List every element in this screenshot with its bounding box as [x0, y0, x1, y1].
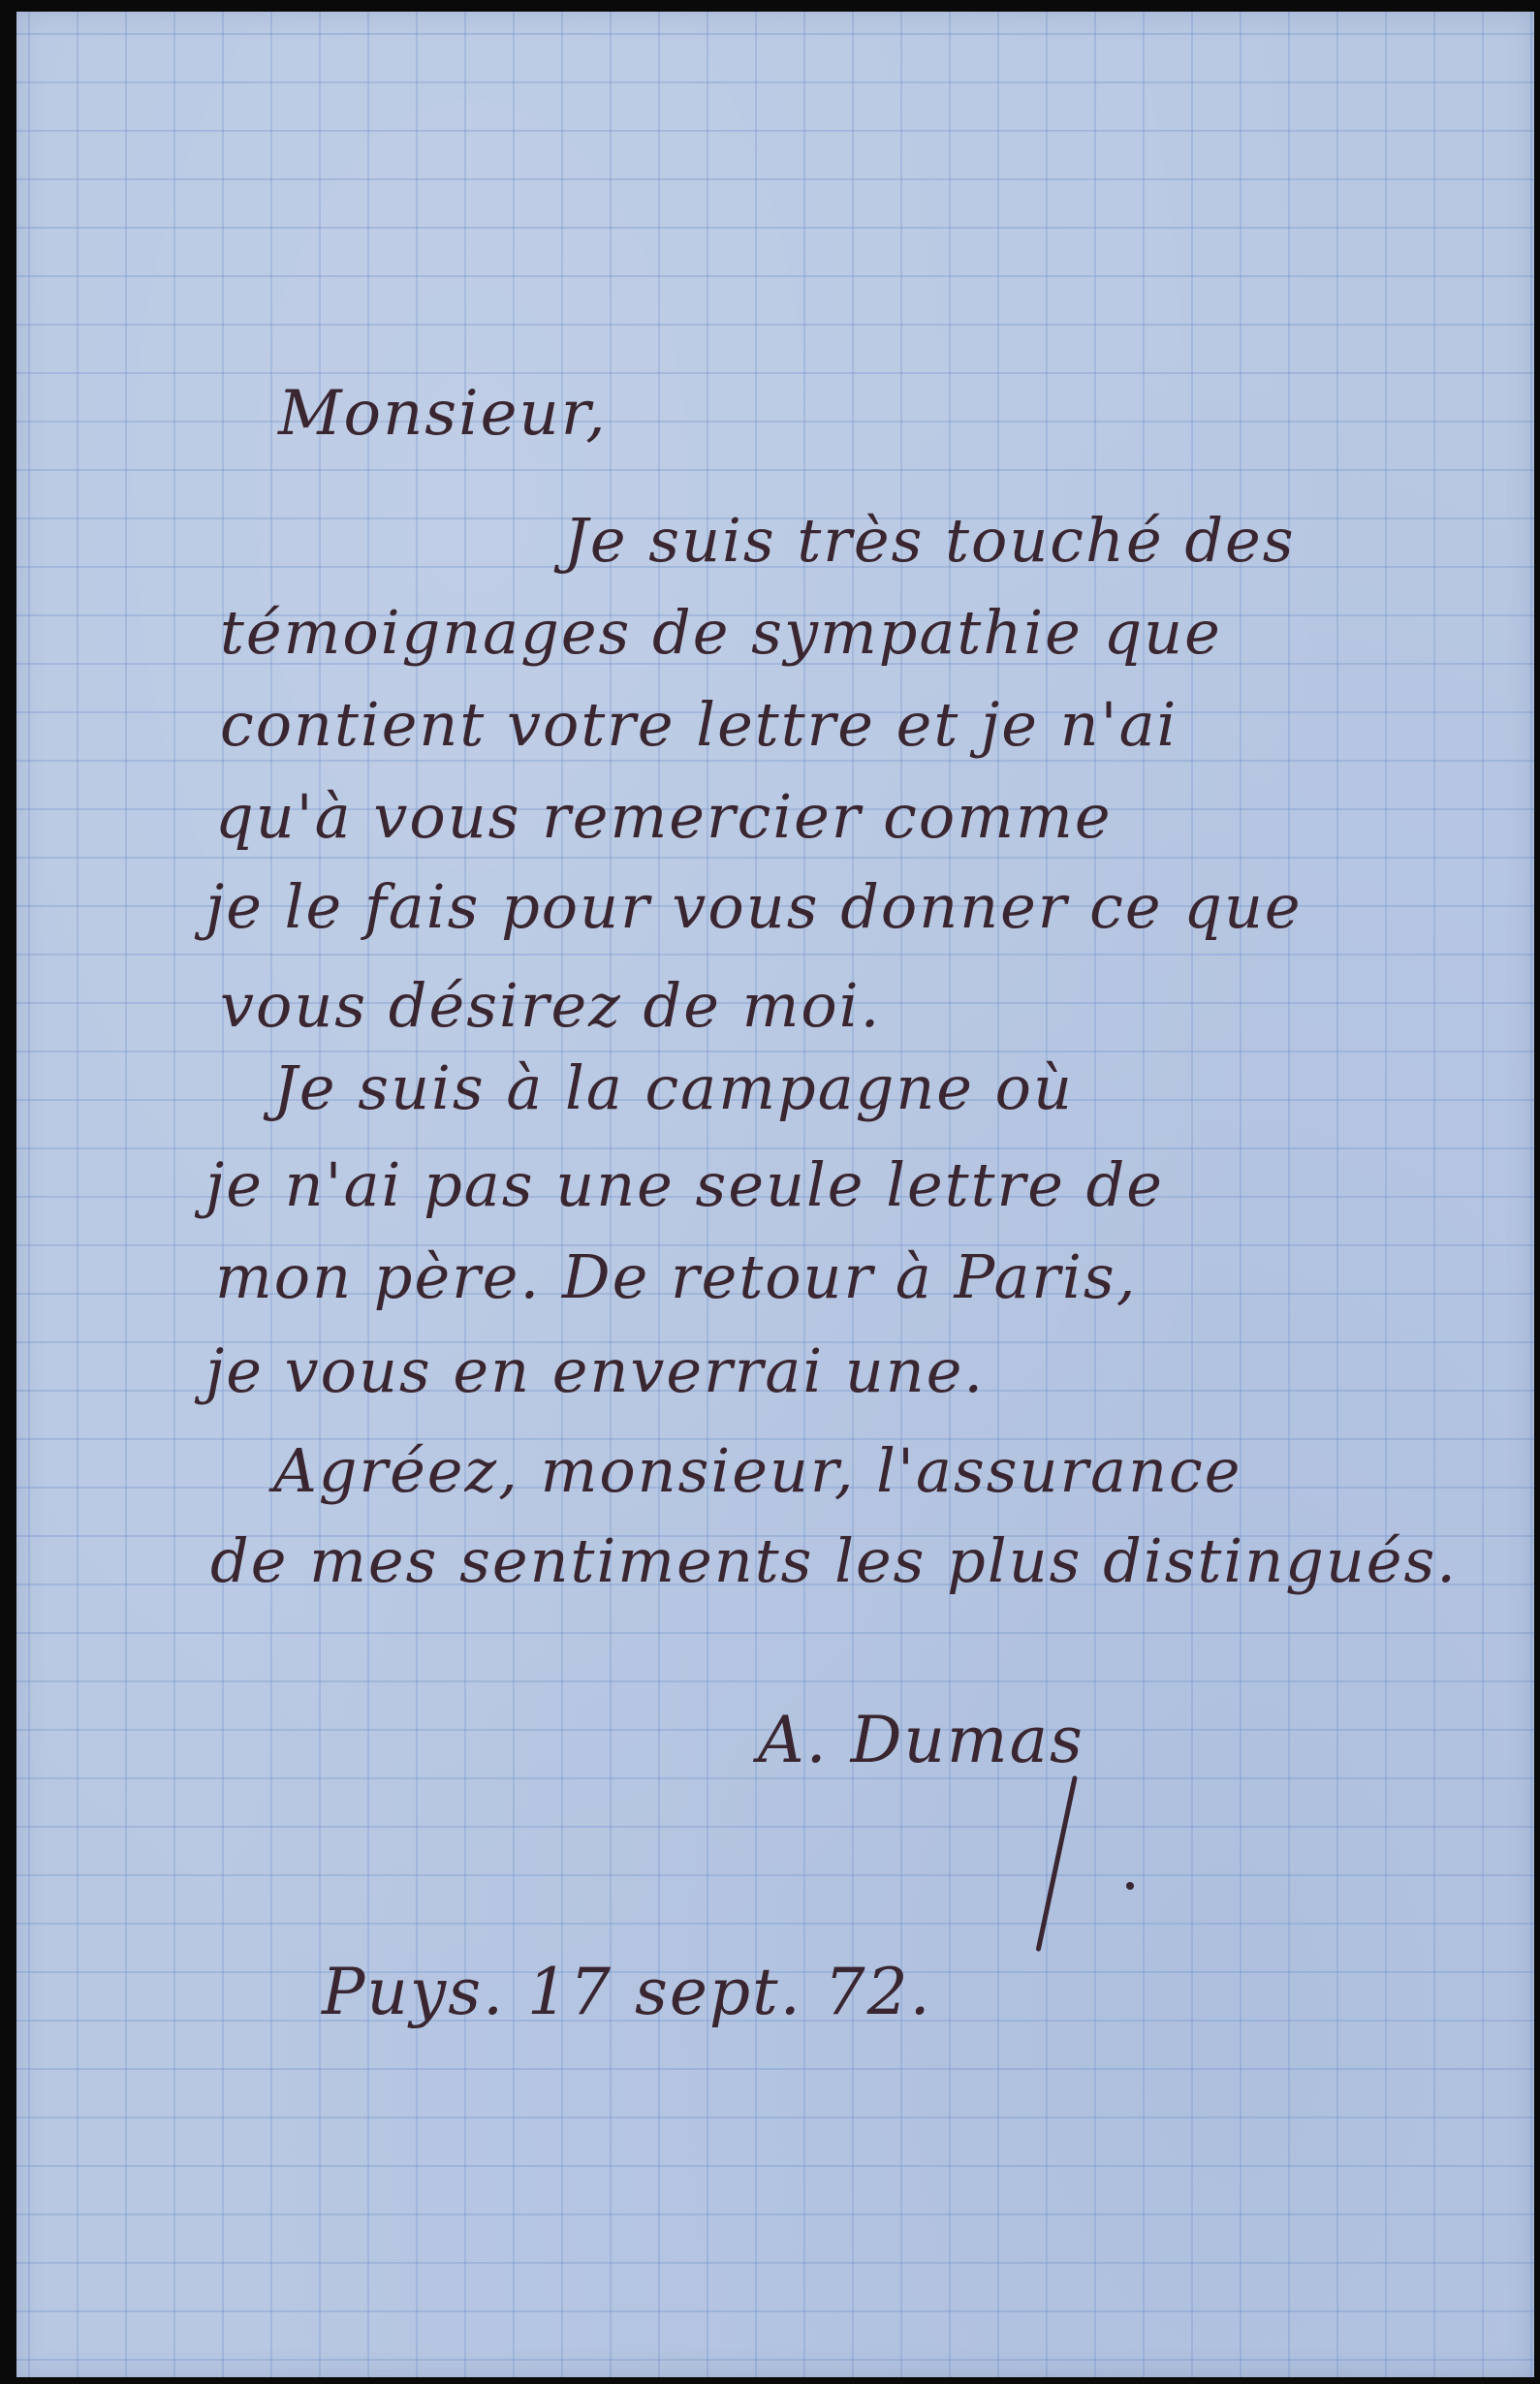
salutation: Monsieur,	[278, 378, 608, 450]
letter-line: Agréez, monsieur, l'assurance	[273, 1441, 1241, 1501]
letter-line: Je suis très touché des	[564, 511, 1296, 571]
letter-line: Je suis à la campagne où	[273, 1058, 1074, 1118]
letter-line: de mes sentiments les plus distingués.	[210, 1531, 1458, 1591]
letter-line: vous désirez de moi.	[220, 976, 881, 1036]
letter-line: qu'à vous remercier comme	[215, 787, 1113, 847]
letter-line: témoignages de sympathie que	[220, 603, 1222, 663]
letter-line: mon père. De retour à Paris,	[215, 1247, 1137, 1307]
letter-line: contient votre lettre et je n'ai	[220, 695, 1178, 755]
signature-dot	[1126, 1882, 1134, 1890]
signature: A. Dumas	[758, 1703, 1084, 1777]
letter-line: je le fais pour vous donner ce que	[205, 877, 1303, 937]
letter-paper: Monsieur, Je suis très touché des témoig…	[16, 12, 1534, 2377]
signature-flourish	[1036, 1775, 1078, 1952]
letter-line: je n'ai pas une seule lettre de	[205, 1155, 1164, 1215]
dateline: Puys. 17 sept. 72.	[322, 1955, 932, 2029]
letter-line: je vous en enverrai une.	[205, 1341, 985, 1401]
